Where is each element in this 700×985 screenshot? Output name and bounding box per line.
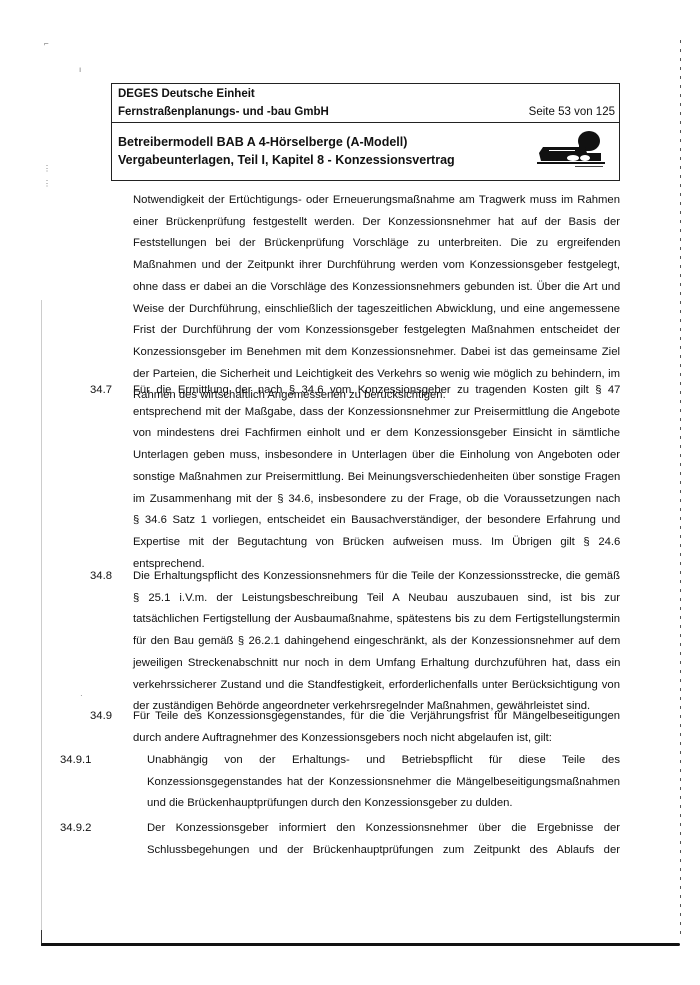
paragraph-34-9-1: Unabhängig von der Erhaltungs- und Betri… bbox=[147, 750, 620, 815]
text-line: Schlussbegehungen und der Brückenhauptpr… bbox=[147, 840, 620, 862]
document-title: Betreibermodell BAB A 4-Hörselberge (A-M… bbox=[118, 135, 407, 149]
text-line: jeweiligen Streckenabschnitt nur noch in… bbox=[133, 653, 620, 675]
text-line: Der Konzessionsgeber informiert den Konz… bbox=[147, 818, 620, 840]
section-number-34-9-1: 34.9.1 bbox=[60, 754, 91, 766]
text-line: durch andere Auftragnehmer des Konzessio… bbox=[133, 728, 620, 750]
scan-edge-left bbox=[41, 300, 42, 940]
paragraph-34-7: Für die Ermittlung der nach § 34.6 vom K… bbox=[133, 380, 620, 575]
text-line: und die Brückenhauptprüfungen durch den … bbox=[147, 793, 620, 815]
text-line: Weise der Durchführung, einschließlich d… bbox=[133, 299, 620, 321]
text-line: Unabhängig von der Erhaltungs- und Betri… bbox=[147, 750, 620, 772]
text-line: Notwendigkeit der Ertüchtigungs- oder Er… bbox=[133, 190, 620, 212]
text-line: § 25.1 i.V.m. der Leistungsbeschreibung … bbox=[133, 588, 620, 610]
text-line: einer Brückenprüfung festgestellt werden… bbox=[133, 212, 620, 234]
text-line: Frist der Durchführung der vom Konzessio… bbox=[133, 320, 620, 342]
scan-edge-bottom bbox=[41, 943, 680, 946]
header-org-row: DEGES Deutsche Einheit Fernstraßenplanun… bbox=[112, 84, 619, 123]
section-number-34-9: 34.9 bbox=[90, 710, 112, 722]
document-subtitle: Vergabeunterlagen, Teil I, Kapitel 8 - K… bbox=[118, 153, 455, 167]
text-line: für den Bau gemäß § 26.2.1 dahingehend e… bbox=[133, 631, 620, 653]
text-line: Für Teile des Konzessionsgegenstandes, f… bbox=[133, 706, 620, 728]
paragraph-34-9-2: Der Konzessionsgeber informiert den Konz… bbox=[147, 818, 620, 861]
section-number-34-9-2: 34.9.2 bbox=[60, 822, 91, 834]
scan-artifact-mark: ⋮ bbox=[43, 180, 51, 188]
text-line: Konzessionsgegenstandes hat der Konzessi… bbox=[147, 772, 620, 794]
section-number-34-7: 34.7 bbox=[90, 384, 112, 396]
text-line: im Zusammenhang mit der § 34.6, insbeson… bbox=[133, 489, 620, 511]
paragraph-34-9: Für Teile des Konzessionsgegenstandes, f… bbox=[133, 706, 620, 749]
paragraph-34-6-continued: Notwendigkeit der Ertüchtigungs- oder Er… bbox=[133, 190, 620, 407]
deges-logo-icon bbox=[535, 131, 607, 169]
text-line: Feststellungen bei der Brückenprüfung Vo… bbox=[133, 233, 620, 255]
text-line: Konzessionsgeber im Benehmen mit dem Kon… bbox=[133, 342, 620, 364]
scan-artifact-mark: ⋮ bbox=[43, 165, 51, 173]
text-line: tatsächlichen Fertigstellung der Ausbaum… bbox=[133, 609, 620, 631]
text-line: verkehrssicherer Zustand und die Standfe… bbox=[133, 675, 620, 697]
scan-artifact-dot: · bbox=[80, 692, 83, 700]
header-title-row: Betreibermodell BAB A 4-Hörselberge (A-M… bbox=[112, 123, 619, 181]
page-number: Seite 53 von 125 bbox=[529, 106, 615, 118]
text-line: § 34.6 Satz 1 vorliegen, entscheidet ein… bbox=[133, 510, 620, 532]
text-line: Unterlagen geben muss, insbesondere in U… bbox=[133, 445, 620, 467]
scan-artifact-mark: ı bbox=[79, 66, 81, 74]
text-line: Maßnahmen und der Zeitpunkt ihrer Durchf… bbox=[133, 255, 620, 277]
text-line: Die Erhaltungspflicht des Konzessionsneh… bbox=[133, 566, 620, 588]
text-line: Expertise mit der Begutachtung von Brück… bbox=[133, 532, 620, 554]
text-line: sonstige Maßnahmen zur Preisermittlung. … bbox=[133, 467, 620, 489]
text-line: entsprechend mit der Maßgabe, dass der K… bbox=[133, 402, 620, 424]
page-header: DEGES Deutsche Einheit Fernstraßenplanun… bbox=[111, 83, 620, 181]
text-line: ohne dass er dabei an die Vorschläge des… bbox=[133, 277, 620, 299]
org-name-line1: DEGES Deutsche Einheit bbox=[118, 88, 255, 100]
text-line: von mindestens drei Fachfirmen einholt u… bbox=[133, 423, 620, 445]
paragraph-34-8: Die Erhaltungspflicht des Konzessionsneh… bbox=[133, 566, 620, 718]
scan-edge-right bbox=[680, 40, 681, 940]
text-line: Für die Ermittlung der nach § 34.6 vom K… bbox=[133, 380, 620, 402]
org-name-line2: Fernstraßenplanungs- und -bau GmbH bbox=[118, 106, 329, 118]
section-number-34-8: 34.8 bbox=[90, 570, 112, 582]
scan-artifact-mark: ⌐ bbox=[44, 40, 49, 48]
